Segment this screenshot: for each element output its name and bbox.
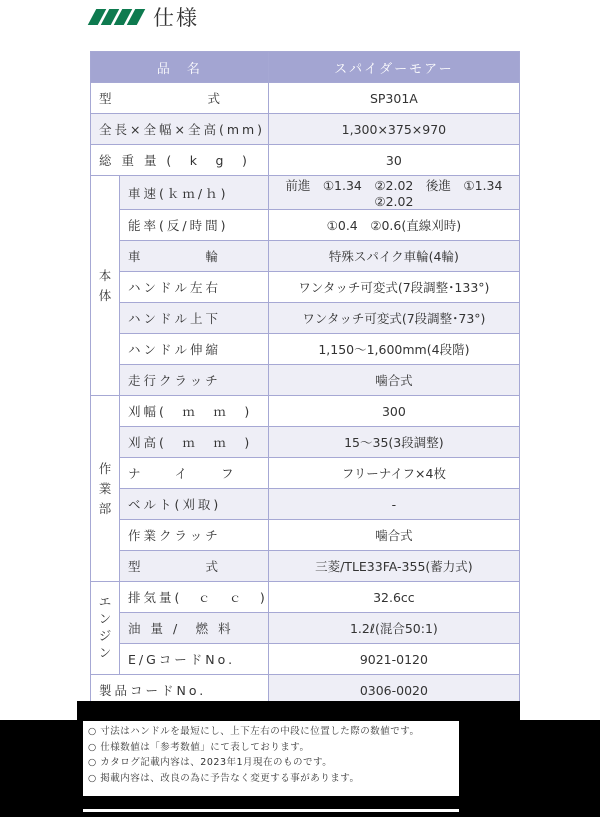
row-value: 前進 ①1.34 ②2.02 後進 ①1.34 ②2.02 <box>268 176 519 210</box>
row-label: 全長×全幅×全高(mm) <box>91 114 269 145</box>
row-label: 刈高( ｍ ｍ ) <box>120 427 269 458</box>
row-label: 車速(ｋｍ/ｈ) <box>120 176 269 210</box>
masked-region <box>459 720 600 817</box>
table-header-row: 品 名 スパイダーモアー <box>91 52 520 83</box>
row-value: 300 <box>268 396 519 427</box>
row-label: ナ イ フ <box>120 458 269 489</box>
row-label: 車 輪 <box>120 241 269 272</box>
row-label: ハンドル上下 <box>120 303 269 334</box>
table-row: ハンドル伸縮 1,150～1,600mm(4段階) <box>91 334 520 365</box>
row-label: 排気量( ｃ ｃ ) <box>120 582 269 613</box>
table-row: 型 式 三菱/TLE33FA-355(蓄力式) <box>91 551 520 582</box>
row-value: 32.6cc <box>268 582 519 613</box>
row-value: 1,150～1,600mm(4段階) <box>268 334 519 365</box>
masked-region <box>77 701 459 721</box>
masked-region <box>73 796 459 809</box>
table-row: 全長×全幅×全高(mm) 1,300×375×970 <box>91 114 520 145</box>
section-title: 仕様 <box>92 4 199 30</box>
table-row: 油 量 / 燃 料 1.2ℓ(混合50:1) <box>91 613 520 644</box>
row-value: 30 <box>268 145 519 176</box>
group-label-body: 本体 <box>91 176 120 396</box>
row-label: ベルト(刈取) <box>120 489 269 520</box>
masked-region <box>73 812 459 817</box>
table-row: ハンドル上下 ワンタッチ可変式(7段調整･73°) <box>91 303 520 334</box>
stripes-icon <box>92 9 141 25</box>
row-label: 刈幅( ｍ ｍ ) <box>120 396 269 427</box>
row-value: ワンタッチ可変式(7段調整･133°) <box>268 272 519 303</box>
header-label: 品 名 <box>91 52 269 83</box>
table-row: 作業部 刈幅( ｍ ｍ ) 300 <box>91 396 520 427</box>
row-value: - <box>268 489 519 520</box>
note-item: ○ 寸法はハンドルを最短にし、上下左右の中段に位置した際の数値です。 <box>88 724 460 740</box>
row-value: 噛合式 <box>268 520 519 551</box>
row-label: 能率(反/時間) <box>120 210 269 241</box>
row-value: 1.2ℓ(混合50:1) <box>268 613 519 644</box>
table-row: E/GコードNo. 9021-0120 <box>91 644 520 675</box>
table-row: 能率(反/時間) ①0.4 ②0.6(直線刈時) <box>91 210 520 241</box>
spec-table: 品 名 スパイダーモアー 型 式 SP301A 全長×全幅×全高(mm) 1,3… <box>90 51 520 706</box>
masked-region <box>73 720 83 815</box>
note-item: ○ 掲載内容は、改良の為に予告なく変更する事があります。 <box>88 771 460 787</box>
table-row: 車 輪 特殊スパイク車輪(4輪) <box>91 241 520 272</box>
table-row: 型 式 SP301A <box>91 83 520 114</box>
row-value: 9021-0120 <box>268 644 519 675</box>
row-label: 走行クラッチ <box>120 365 269 396</box>
row-label: 型 式 <box>91 83 269 114</box>
row-label: 総 重 量 ( k g ) <box>91 145 269 176</box>
row-value: SP301A <box>268 83 519 114</box>
row-label: 油 量 / 燃 料 <box>120 613 269 644</box>
group-label-engine: エンジン <box>91 582 120 675</box>
row-label: 作業クラッチ <box>120 520 269 551</box>
row-value: ワンタッチ可変式(7段調整･73°) <box>268 303 519 334</box>
table-row: ナ イ フ フリーナイフ×4枚 <box>91 458 520 489</box>
row-value: 15～35(3段調整) <box>268 427 519 458</box>
table-row: 作業クラッチ 噛合式 <box>91 520 520 551</box>
row-label: ハンドル左右 <box>120 272 269 303</box>
group-label-work: 作業部 <box>91 396 120 582</box>
row-value: 特殊スパイク車輪(4輪) <box>268 241 519 272</box>
section-title-text: 仕様 <box>153 2 199 32</box>
row-label: ハンドル伸縮 <box>120 334 269 365</box>
table-row: 本体 車速(ｋｍ/ｈ) 前進 ①1.34 ②2.02 後進 ①1.34 ②2.0… <box>91 176 520 210</box>
table-row: 総 重 量 ( k g ) 30 <box>91 145 520 176</box>
row-value: 噛合式 <box>268 365 519 396</box>
row-value: 1,300×375×970 <box>268 114 519 145</box>
header-value: スパイダーモアー <box>268 52 519 83</box>
row-label: E/GコードNo. <box>120 644 269 675</box>
masked-region <box>458 701 520 721</box>
table-row: エンジン 排気量( ｃ ｃ ) 32.6cc <box>91 582 520 613</box>
note-item: ○ 仕様数値は「参考数値」にて表しております。 <box>88 740 460 756</box>
table-row: ハンドル左右 ワンタッチ可変式(7段調整･133°) <box>91 272 520 303</box>
table-row: ベルト(刈取) - <box>91 489 520 520</box>
notes-list: ○ 寸法はハンドルを最短にし、上下左右の中段に位置した際の数値です。 ○ 仕様数… <box>88 724 460 786</box>
table-row: 刈高( ｍ ｍ ) 15～35(3段調整) <box>91 427 520 458</box>
note-item: ○ カタログ記載内容は、2023年1月現在のものです。 <box>88 755 460 771</box>
row-value: ①0.4 ②0.6(直線刈時) <box>268 210 519 241</box>
table-row: 走行クラッチ 噛合式 <box>91 365 520 396</box>
row-label: 型 式 <box>120 551 269 582</box>
row-value: フリーナイフ×4枚 <box>268 458 519 489</box>
masked-region <box>0 720 73 817</box>
row-value: 三菱/TLE33FA-355(蓄力式) <box>268 551 519 582</box>
